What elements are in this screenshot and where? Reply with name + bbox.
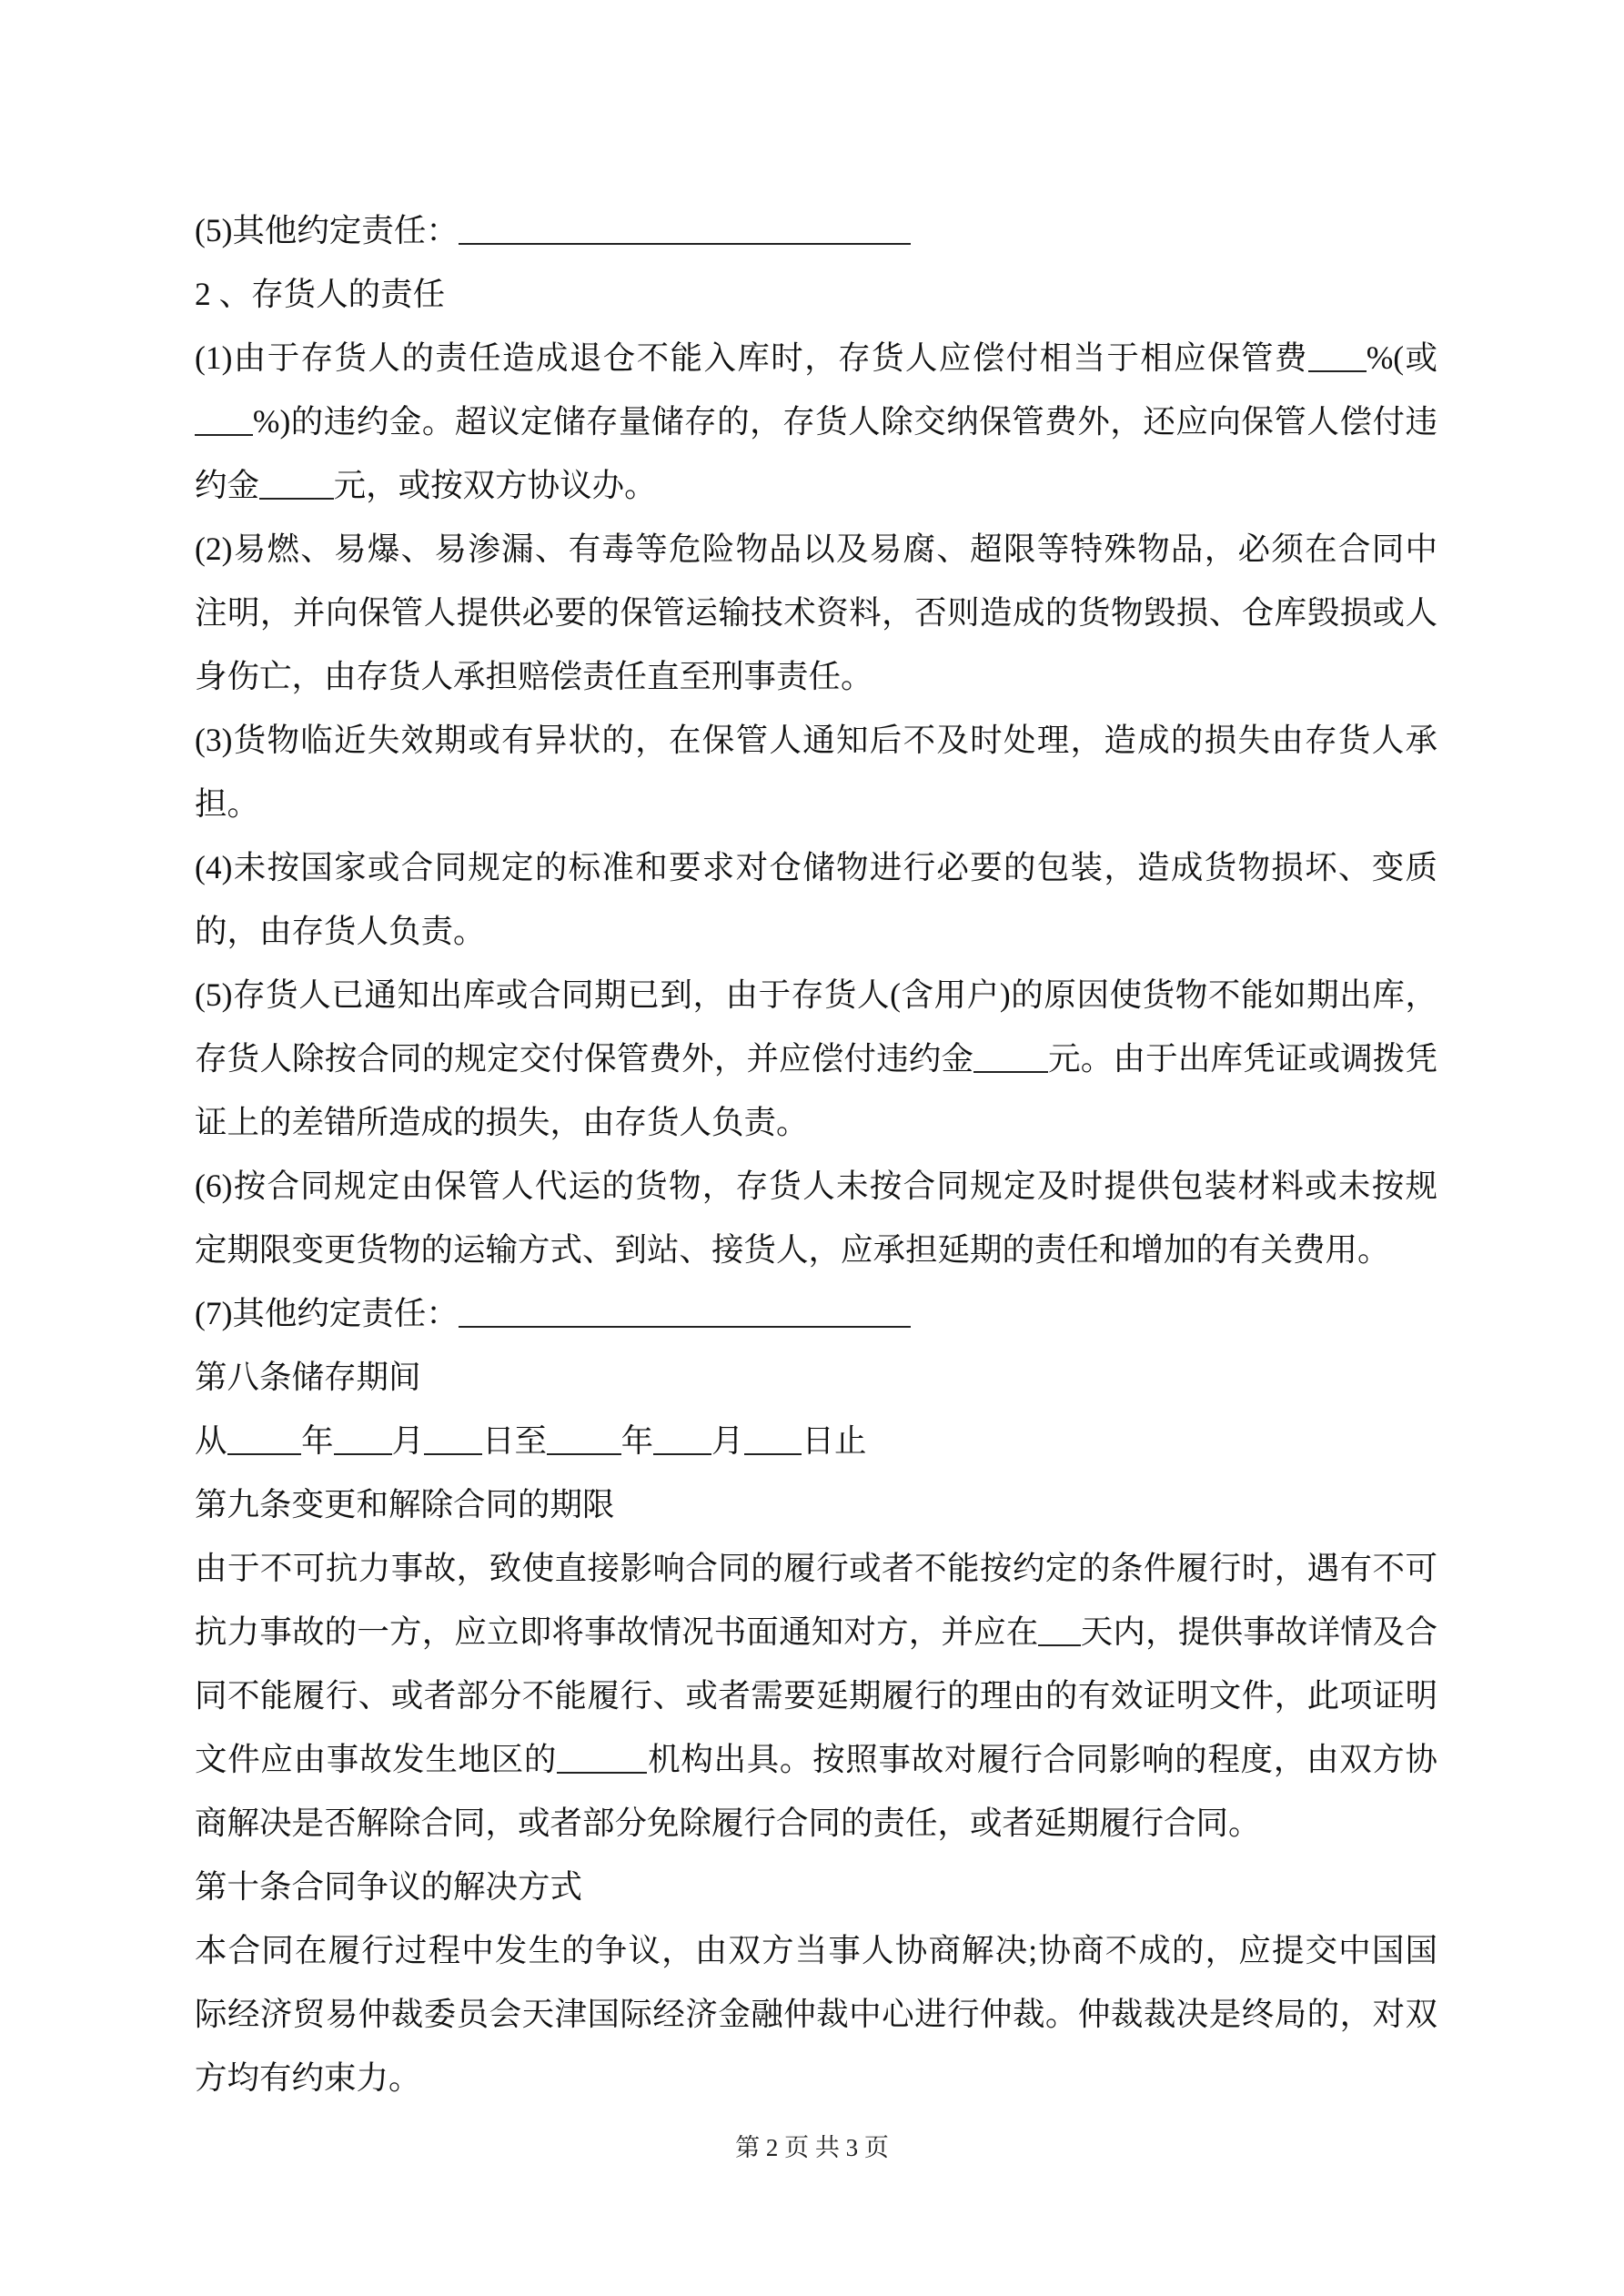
text-span: (4)未按国家或合同规定的标准和要求对仓储物进行必要的包装，造成货物损坏、变质 <box>195 849 1437 885</box>
fill-in-blank <box>259 466 334 501</box>
text-line: 际经济贸易仲裁委员会天津国际经济金融仲裁中心进行仲裁。仲裁裁决是终局的，对双 <box>195 1982 1437 2046</box>
text-line: 第十条合同争议的解决方式 <box>195 1855 1437 1918</box>
text-line: %)的违约金。超议定储存量储存的，存货人除交纳保管费外，还应向保管人偿付违 <box>195 389 1437 453</box>
text-line: 存货人除按合同的规定交付保管费外，并应偿付违约金元。由于出库凭证或调拨凭 <box>195 1027 1437 1090</box>
fill-in-blank <box>459 211 911 246</box>
text-span: 担。 <box>195 785 259 822</box>
text-line: (4)未按国家或合同规定的标准和要求对仓储物进行必要的包装，造成货物损坏、变质 <box>195 835 1437 899</box>
text-line: 第八条储存期间 <box>195 1345 1437 1409</box>
text-span: 由于不可抗力事故，致使直接影响合同的履行或者不能按约定的条件履行时，遇有不可 <box>195 1550 1437 1586</box>
fill-in-blank <box>653 1421 711 1456</box>
text-line: 2 、存货人的责任 <box>195 262 1437 326</box>
text-span: 约金 <box>195 467 259 503</box>
text-span: (5)存货人已通知出库或合同期已到，由于存货人(含用户)的原因使货物不能如期出库… <box>195 976 1437 1013</box>
fill-in-blank <box>459 1294 911 1329</box>
text-span: 第八条储存期间 <box>195 1359 421 1395</box>
text-line: 文件应由事故发生地区的机构出具。按照事故对履行合同影响的程度，由双方协 <box>195 1727 1437 1791</box>
text-line: 约金元，或按双方协议办。 <box>195 453 1437 517</box>
text-span: 第九条变更和解除合同的期限 <box>195 1486 615 1522</box>
text-line: (3)货物临近失效期或有异状的，在保管人通知后不及时处理，造成的损失由存货人承 <box>195 708 1437 772</box>
text-line: (1)由于存货人的责任造成退仓不能入库时，存货人应偿付相当于相应保管费%(或 <box>195 326 1437 389</box>
text-span: 本合同在履行过程中发生的争议，由双方当事人协商解决;协商不成的，应提交中国国 <box>195 1932 1437 1968</box>
text-span: (1)由于存货人的责任造成退仓不能入库时，存货人应偿付相当于相应保管费 <box>195 339 1308 376</box>
text-span: (7)其他约定责任： <box>195 1295 459 1331</box>
text-line: 同不能履行、或者部分不能履行、或者需要延期履行的理由的有效证明文件，此项证明 <box>195 1664 1437 1727</box>
text-span: 月 <box>711 1422 744 1459</box>
text-span: %(或 <box>1367 339 1437 376</box>
text-span: 年 <box>301 1422 334 1459</box>
text-line: (2)易燃、易爆、易渗漏、有毒等危险物品以及易腐、超限等特殊物品，必须在合同中 <box>195 517 1437 581</box>
fill-in-blank <box>195 402 253 437</box>
text-span: 的，由存货人负责。 <box>195 913 486 949</box>
text-line: 抗力事故的一方，应立即将事故情况书面通知对方，并应在天内，提供事故详情及合 <box>195 1600 1437 1664</box>
text-line: 担。 <box>195 772 1437 835</box>
text-span: 方均有约束力。 <box>195 2059 421 2096</box>
text-line: 身伤亡，由存货人承担赔偿责任直至刑事责任。 <box>195 644 1437 708</box>
text-span: 机构出具。按照事故对履行合同影响的程度，由双方协 <box>647 1741 1437 1777</box>
text-line: 本合同在履行过程中发生的争议，由双方当事人协商解决;协商不成的，应提交中国国 <box>195 1918 1437 1982</box>
text-span: %)的违约金。超议定储存量储存的，存货人除交纳保管费外，还应向保管人偿付违 <box>253 403 1437 440</box>
text-line: (5)存货人已通知出库或合同期已到，由于存货人(含用户)的原因使货物不能如期出库… <box>195 963 1437 1027</box>
text-span: (6)按合同规定由保管人代运的货物，存货人未按合同规定及时提供包装材料或未按规 <box>195 1168 1437 1204</box>
fill-in-blank <box>1308 339 1367 373</box>
document-page: (5)其他约定责任：2 、存货人的责任(1)由于存货人的责任造成退仓不能入库时，… <box>195 198 1437 2109</box>
page-number-footer: 第 2 页 共 3 页 <box>0 2129 1624 2166</box>
text-line: 的，由存货人负责。 <box>195 899 1437 963</box>
text-line: 商解决是否解除合同，或者部分免除履行合同的责任，或者延期履行合同。 <box>195 1791 1437 1855</box>
text-span: 同不能履行、或者部分不能履行、或者需要延期履行的理由的有效证明文件，此项证明 <box>195 1677 1437 1714</box>
fill-in-blank <box>557 1740 647 1775</box>
fill-in-blank <box>744 1421 802 1456</box>
fill-in-blank <box>973 1039 1048 1074</box>
text-span: (3)货物临近失效期或有异状的，在保管人通知后不及时处理，造成的损失由存货人承 <box>195 722 1437 758</box>
text-span: 文件应由事故发生地区的 <box>195 1741 557 1777</box>
text-span: 证上的差错所造成的损失，由存货人负责。 <box>195 1104 809 1140</box>
text-span: 际经济贸易仲裁委员会天津国际经济金融仲裁中心进行仲裁。仲裁裁决是终局的，对双 <box>195 1996 1437 2032</box>
text-span: 商解决是否解除合同，或者部分免除履行合同的责任，或者延期履行合同。 <box>195 1805 1261 1841</box>
text-line: 方均有约束力。 <box>195 2046 1437 2109</box>
text-line: 第九条变更和解除合同的期限 <box>195 1472 1437 1536</box>
text-span: 第十条合同争议的解决方式 <box>195 1868 582 1905</box>
text-span: 元，或按双方协议办。 <box>334 467 657 503</box>
text-span: 身伤亡，由存货人承担赔偿责任直至刑事责任。 <box>195 658 873 694</box>
text-span: 2 、存货人的责任 <box>195 276 445 312</box>
text-span: 日至 <box>482 1422 547 1459</box>
text-line: 从年月日至年月日止 <box>195 1409 1437 1472</box>
fill-in-blank <box>1038 1613 1080 1647</box>
text-span: 抗力事故的一方，应立即将事故情况书面通知对方，并应在 <box>195 1613 1038 1650</box>
text-line: 定期限变更货物的运输方式、到站、接货人，应承担延期的责任和增加的有关费用。 <box>195 1218 1437 1281</box>
fill-in-blank <box>424 1421 482 1456</box>
text-line: (7)其他约定责任： <box>195 1281 1437 1345</box>
text-span: (2)易燃、易爆、易渗漏、有毒等危险物品以及易腐、超限等特殊物品，必须在合同中 <box>195 531 1437 567</box>
text-span: 从 <box>195 1422 227 1459</box>
text-span: 存货人除按合同的规定交付保管费外，并应偿付违约金 <box>195 1040 973 1077</box>
text-line: (5)其他约定责任： <box>195 198 1437 262</box>
text-span: 注明，并向保管人提供必要的保管运输技术资料，否则造成的货物毁损、仓库毁损或人 <box>195 594 1437 631</box>
text-line: 注明，并向保管人提供必要的保管运输技术资料，否则造成的货物毁损、仓库毁损或人 <box>195 581 1437 644</box>
fill-in-blank <box>227 1421 302 1456</box>
text-line: 由于不可抗力事故，致使直接影响合同的履行或者不能按约定的条件履行时，遇有不可 <box>195 1536 1437 1600</box>
text-span: 日止 <box>802 1422 866 1459</box>
text-line: 证上的差错所造成的损失，由存货人负责。 <box>195 1090 1437 1154</box>
fill-in-blank <box>547 1421 621 1456</box>
text-span: 定期限变更货物的运输方式、到站、接货人，应承担延期的责任和增加的有关费用。 <box>195 1231 1390 1268</box>
text-span: 月 <box>392 1422 425 1459</box>
text-span: (5)其他约定责任： <box>195 212 459 248</box>
text-span: 元。由于出库凭证或调拨凭 <box>1048 1040 1437 1077</box>
text-line: (6)按合同规定由保管人代运的货物，存货人未按合同规定及时提供包装材料或未按规 <box>195 1154 1437 1218</box>
text-span: 年 <box>621 1422 654 1459</box>
text-span: 天内，提供事故详情及合 <box>1081 1613 1437 1650</box>
fill-in-blank <box>334 1421 392 1456</box>
